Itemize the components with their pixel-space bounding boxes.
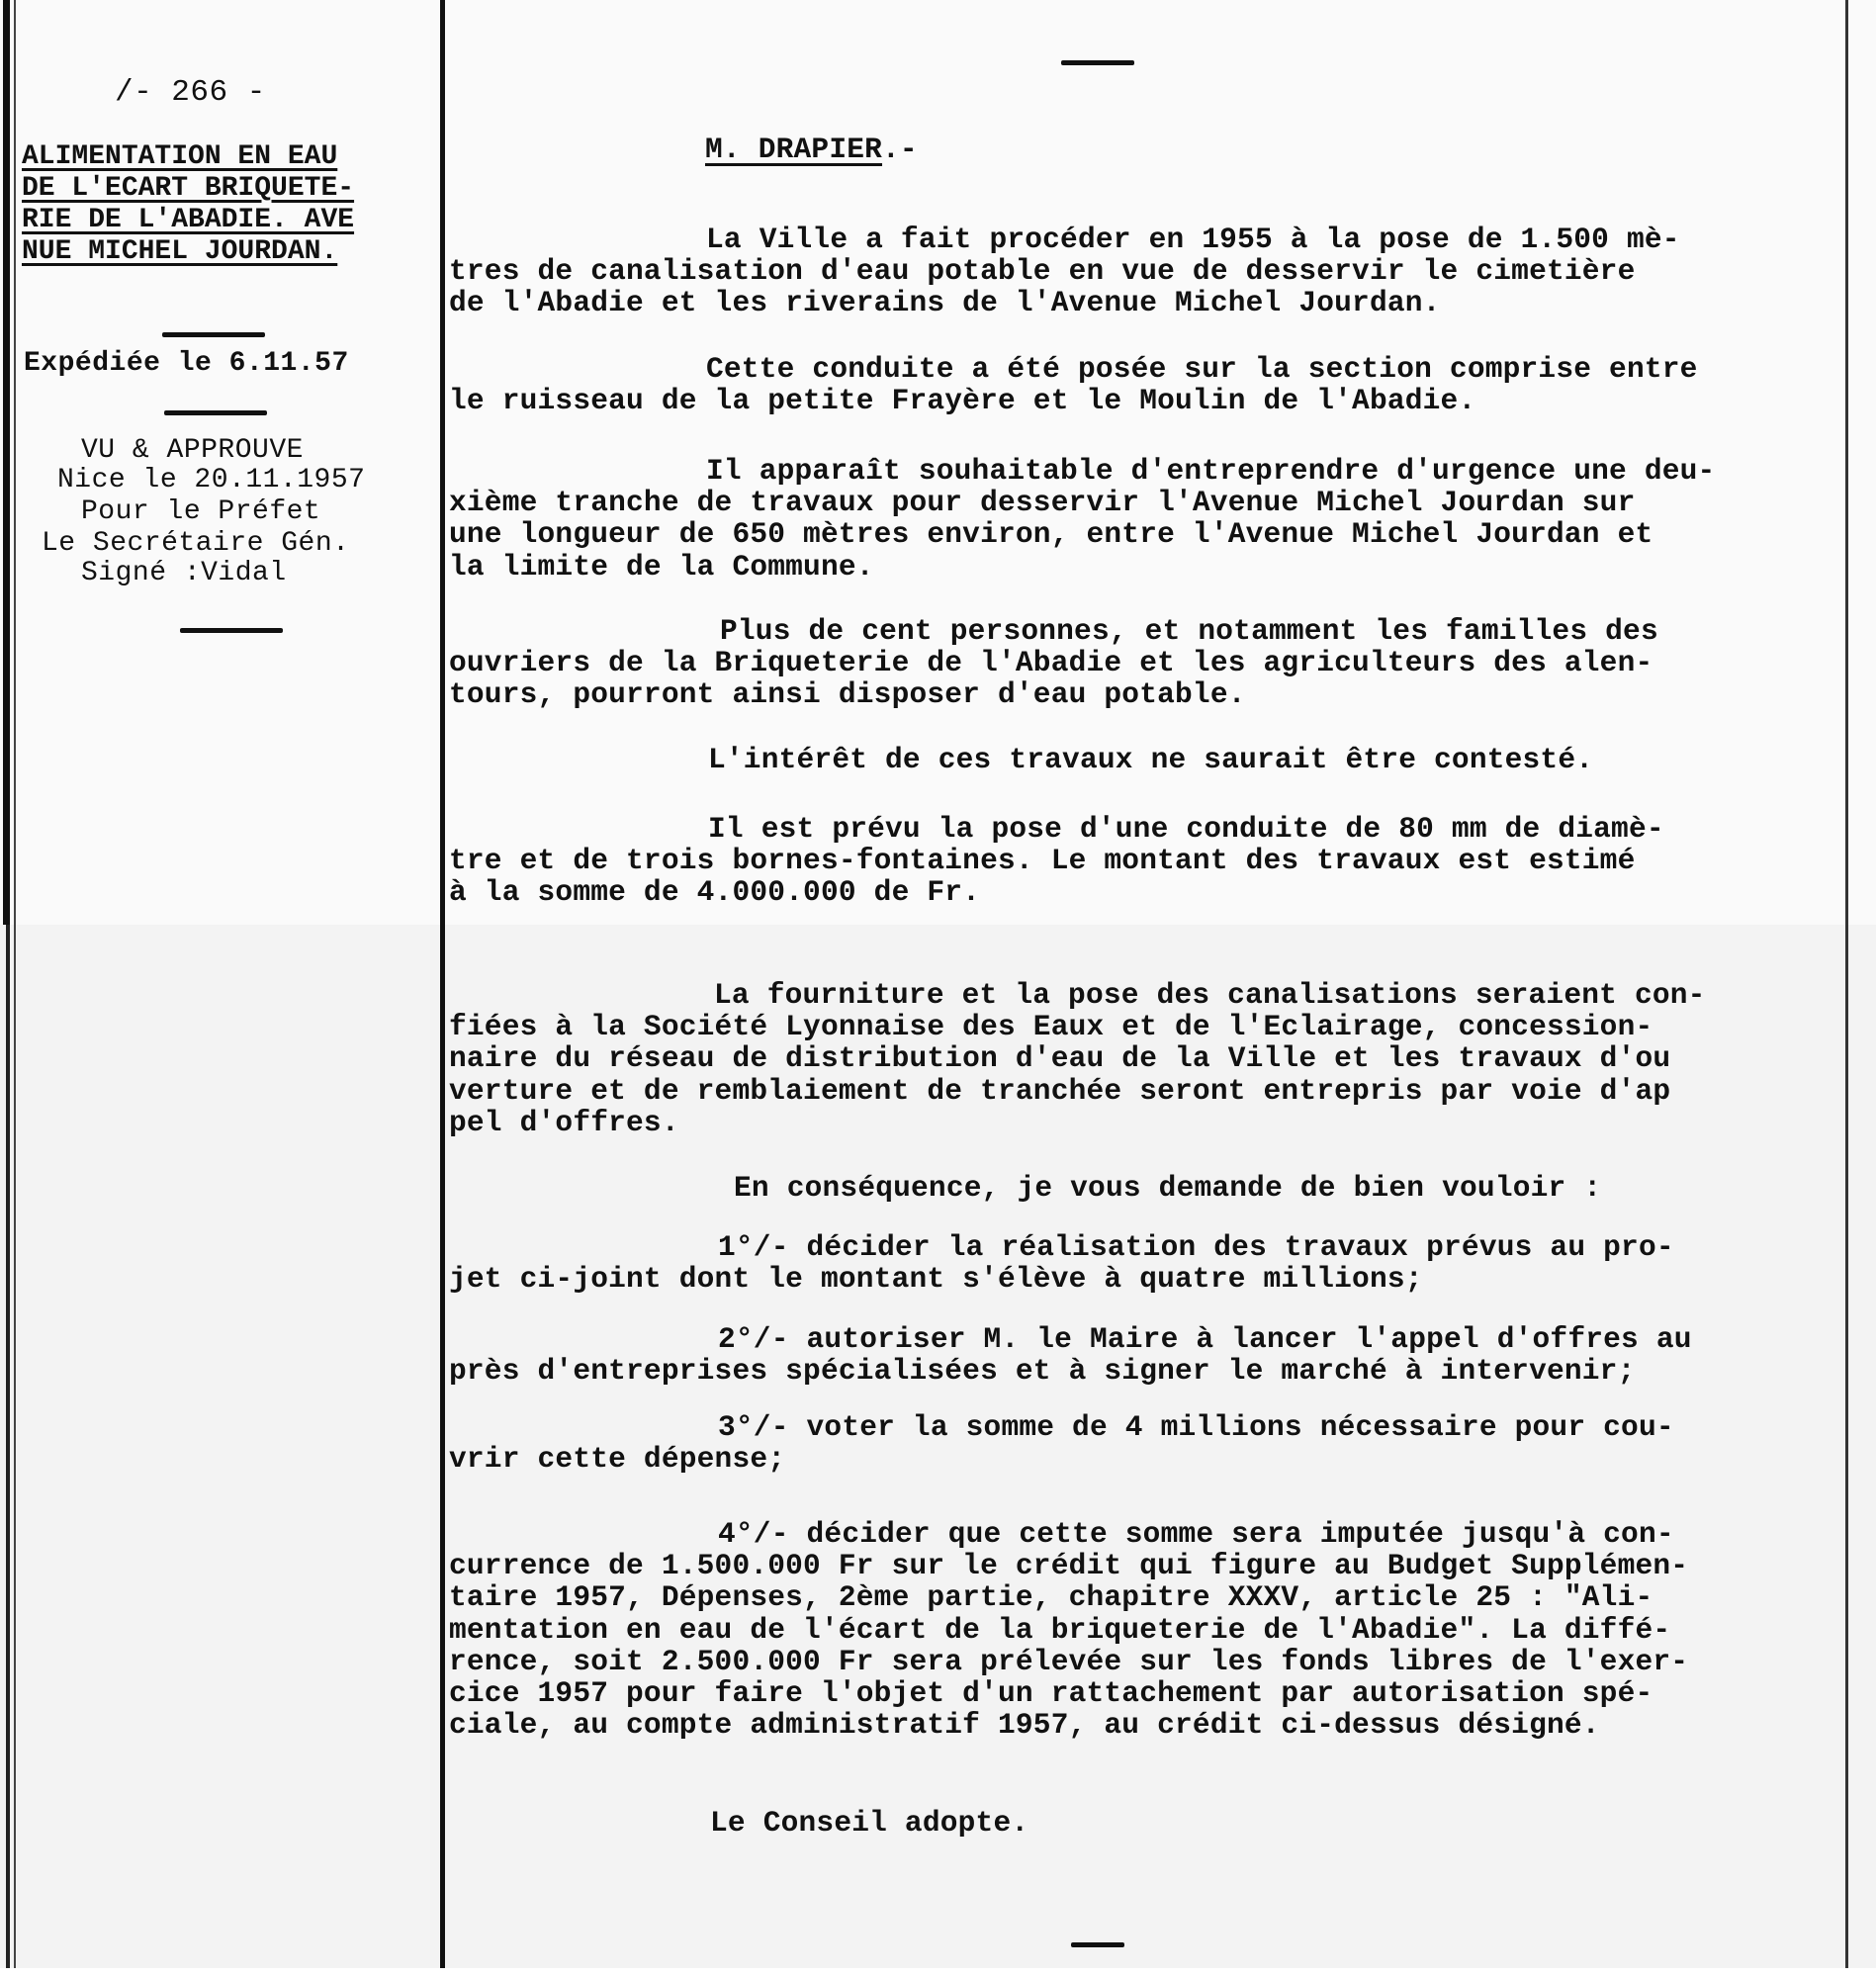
paragraph-line: Cette conduite a été posée sur la sectio… (706, 353, 1698, 385)
paragraph-line: la limite de la Commune. (449, 551, 874, 583)
approval-line: Signé :Vidal (81, 558, 287, 589)
left-margin-rule (3, 0, 10, 925)
paragraph-line: La fourniture et la pose des canalisatio… (714, 979, 1706, 1011)
paragraph-line: 1°/- décider la réalisation des travaux … (718, 1231, 1674, 1263)
margin-title-line: ALIMENTATION EN EAU (22, 141, 337, 173)
margin-title-line: DE L'ECART BRIQUETE- (22, 173, 354, 205)
approval-line: Nice le 20.11.1957 (57, 465, 365, 496)
approval-line: Le Secrétaire Gén. (42, 528, 349, 560)
paragraph-line: Il est prévu la pose d'une conduite de 8… (708, 813, 1664, 845)
speaker-name: M. DRAPIER (705, 133, 882, 166)
paragraph-line: currence de 1.500.000 Fr sur le crédit q… (449, 1550, 1688, 1581)
paragraph-line: En conséquence, je vous demande de bien … (734, 1172, 1601, 1204)
margin-title-line: NUE MICHEL JOURDAN. (22, 236, 337, 268)
paragraph-line: mentation en eau de l'écart de la brique… (449, 1614, 1670, 1646)
paragraph-line: près d'entreprises spécialisées et à sig… (449, 1355, 1636, 1387)
margin-column: /- 266 - ALIMENTATION EN EAU DE L'ECART … (16, 0, 439, 1978)
paragraph-line: jet ci-joint dont le montant s'élève à q… (449, 1263, 1423, 1295)
paragraph-line: vrir cette dépense; (449, 1443, 785, 1475)
paragraph-line: Plus de cent personnes, et notamment les… (720, 615, 1658, 647)
paragraph-line: cice 1957 pour faire l'objet d'un rattac… (449, 1677, 1653, 1709)
paragraph-line: de l'Abadie et les riverains de l'Avenue… (449, 287, 1441, 318)
paragraph-line: tre et de trois bornes-fontaines. Le mon… (449, 845, 1636, 876)
speaker-heading: M. DRAPIER.- (705, 134, 918, 165)
paragraph-line: tours, pourront ainsi disposer d'eau pot… (449, 678, 1246, 710)
main-text-column: M. DRAPIER.- La Ville a fait procéder en… (445, 0, 1845, 1978)
approval-line: VU & APPROUVE (81, 435, 304, 467)
margin-title-line: RIE DE L'ABADIE. AVE (22, 205, 354, 236)
separator-dash (164, 410, 267, 415)
paragraph-line: La Ville a fait procéder en 1955 à la po… (706, 224, 1680, 255)
paragraph-line: 3°/- voter la somme de 4 millions nécess… (718, 1411, 1674, 1443)
paragraph-line: taire 1957, Dépenses, 2ème partie, chapi… (449, 1581, 1653, 1613)
left-margin-rule-lower (6, 925, 10, 1978)
speaker-suffix: .- (882, 133, 918, 166)
separator-dash (180, 628, 283, 633)
paragraph-line: 4°/- décider que cette somme sera imputé… (718, 1518, 1674, 1550)
paragraph-line: pel d'offres. (449, 1107, 679, 1138)
paragraph-line: rence, soit 2.500.000 Fr sera prélevée s… (449, 1646, 1688, 1677)
scanned-document-page: /- 266 - ALIMENTATION EN EAU DE L'ECART … (0, 0, 1876, 1978)
paragraph-line: 2°/- autoriser M. le Maire à lancer l'ap… (718, 1323, 1692, 1355)
paragraph-line: xième tranche de travaux pour desservir … (449, 487, 1636, 518)
paragraph-line: L'intérêt de ces travaux ne saurait être… (708, 744, 1593, 775)
right-margin-rule (1845, 0, 1848, 1978)
paragraph-line: fiées à la Société Lyonnaise des Eaux et… (449, 1011, 1653, 1042)
paragraph-line: ouvriers de la Briqueterie de l'Abadie e… (449, 647, 1653, 678)
paragraph-line: verture et de remblaiement de tranchée s… (449, 1075, 1670, 1107)
conclusion: Le Conseil adopte. (710, 1807, 1028, 1839)
approval-line: Pour le Préfet (81, 496, 320, 528)
paragraph-line: naire du réseau de distribution d'eau de… (449, 1042, 1670, 1074)
footer-dash (1071, 1942, 1124, 1947)
paragraph-line: Il apparaît souhaitable d'entreprendre d… (706, 455, 1715, 487)
paragraph-line: ciale, au compte administratif 1957, au … (449, 1709, 1600, 1741)
paragraph-line: une longueur de 650 mètres environ, entr… (449, 518, 1653, 550)
paragraph-line: tres de canalisation d'eau potable en vu… (449, 255, 1636, 287)
paragraph-line: à la somme de 4.000.000 de Fr. (449, 876, 980, 908)
paragraph-line: le ruisseau de la petite Frayère et le M… (449, 385, 1475, 416)
dispatch-date: Expédiée le 6.11.57 (24, 348, 349, 380)
header-dash (1061, 60, 1134, 65)
separator-dash (162, 332, 265, 337)
page-number: /- 266 - (115, 77, 266, 109)
